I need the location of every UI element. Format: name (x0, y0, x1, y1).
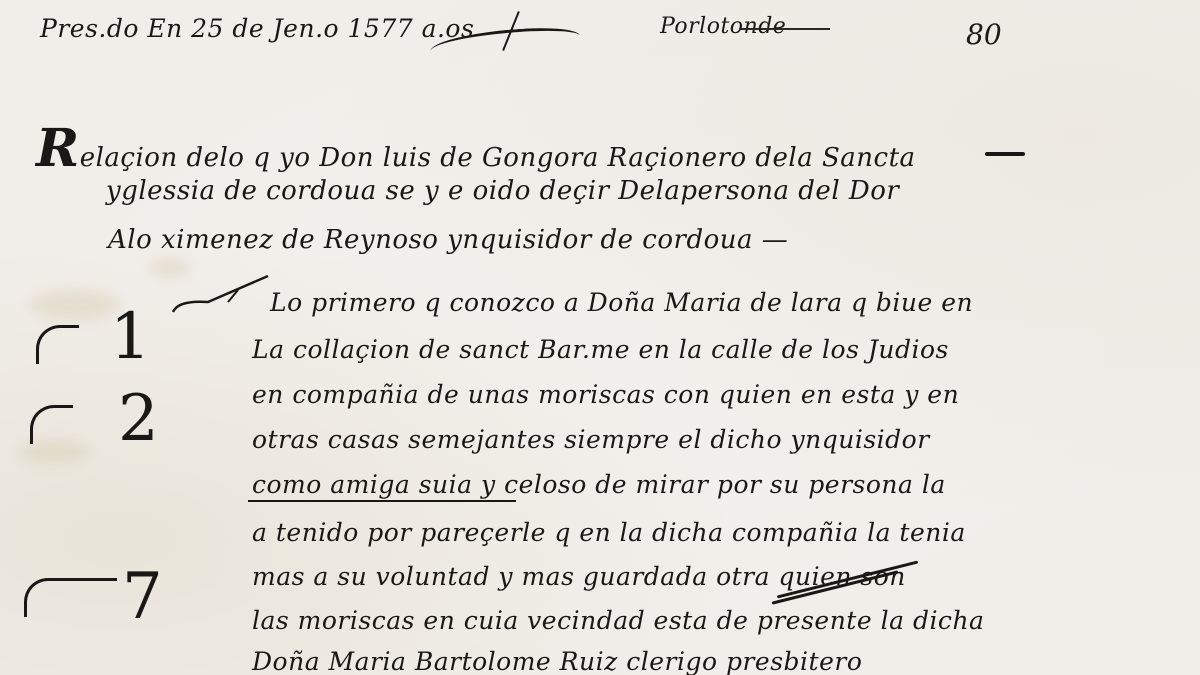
paragraph-mark-icon (168, 272, 278, 322)
title-line-1-text: elaçion delo q yo Don luis de Gongora Ra… (80, 143, 916, 173)
margin-bracket (36, 325, 79, 364)
page-number: 80 (966, 18, 1002, 51)
body-line-3: en compañia de unas moriscas con quien e… (252, 380, 959, 409)
header-side-note: Porlotonde (660, 14, 786, 39)
title-line-3: Alo ximenez de Reynoso ynquisidor de cor… (108, 225, 788, 255)
title-dropcap: R (36, 118, 80, 179)
margin-bracket (24, 578, 117, 617)
underline-mark (248, 500, 516, 502)
paper-stain (30, 290, 120, 320)
header-date-note: Pres.do En 25 de Jen.o 1577 a.os (40, 14, 474, 43)
body-line-1: Lo primero q conozco a Doña Maria de lar… (270, 288, 973, 317)
margin-mark-2: 2 (118, 382, 159, 456)
title-line-2: yglessia de cordoua se y e oido deçir De… (106, 176, 899, 206)
manuscript-page: Pres.do En 25 de Jen.o 1577 a.os Porloto… (0, 0, 1200, 675)
margin-mark-1: 1 (110, 300, 151, 374)
body-line-9: Doña Maria Bartolome Ruiz clerigo presbi… (252, 647, 862, 675)
title-end-flourish (985, 152, 1025, 156)
body-line-4: otras casas semejantes siempre el dicho … (252, 425, 930, 454)
body-line-6: a tenido por pareçerle q en la dicha com… (252, 518, 966, 547)
body-line-8: las moriscas en cuia vecindad esta de pr… (252, 606, 984, 635)
title-line-1: Relaçion delo q yo Don luis de Gongora R… (36, 118, 916, 179)
margin-mark-7: 7 (122, 560, 163, 634)
margin-bracket (30, 405, 73, 444)
body-line-2: La collaçion de sanct Bar.me en la calle… (252, 335, 949, 364)
header-dash (740, 28, 830, 30)
body-line-5: como amiga suia y celoso de mirar por su… (252, 470, 946, 499)
